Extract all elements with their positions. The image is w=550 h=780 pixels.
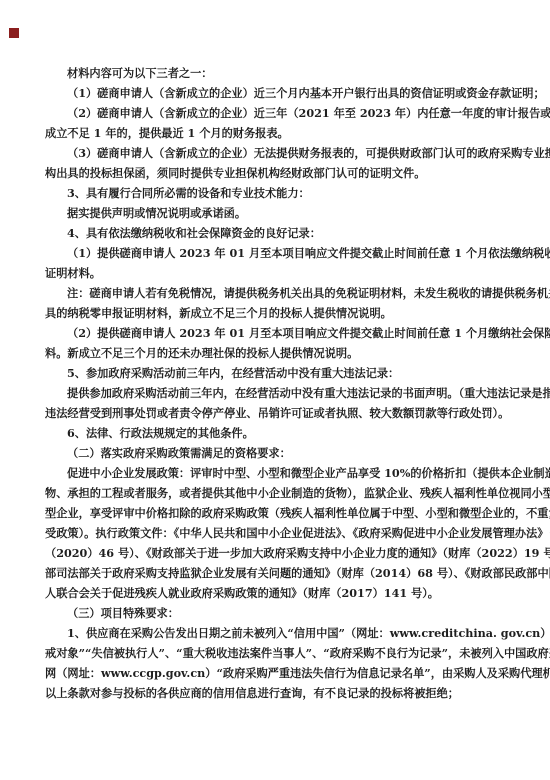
text-line: （二）落实政府采购政策需满足的资格要求： [45, 443, 517, 463]
text-line: 3、具有履行合同所必需的设备和专业技术能力： [45, 183, 517, 203]
text-line: 5、参加政府采购活动前三年内，在经营活动中没有重大违法记录： [45, 363, 517, 383]
document-page: 材料内容可为以下三者之一：（1）磋商申请人（含新成立的企业）近三个月内基本开户银… [0, 0, 550, 780]
text-line: 6、法律、行政法规规定的其他条件。 [45, 423, 517, 443]
text-line: 提供参加政府采购活动前三年内，在经营活动中没有重大违法记录的书面声明。（重大违法… [45, 383, 517, 403]
text-line: 构出具的投标担保函，须同时提供专业担保机构经财政部门认可的证明文件。 [45, 163, 517, 183]
text-line: （3）磋商申请人（含新成立的企业）无法提供财务报表的，可提供财政部门认可的政府采… [45, 143, 517, 163]
text-line: 成立不足 1 年的，提供最近 1 个月的财务报表。 [45, 123, 517, 143]
text-line: （2）提供磋商申请人 2023 年 01 月至本项目响应文件提交截止时间前任意 … [45, 323, 517, 343]
document-body: 材料内容可为以下三者之一：（1）磋商申请人（含新成立的企业）近三个月内基本开户银… [45, 63, 517, 703]
text-line: 据实提供声明或情况说明或承诺函。 [45, 203, 517, 223]
text-line: 促进中小企业发展政策：评审时中型、小型和微型企业产品享受 10%的价格折扣（提供… [45, 463, 517, 483]
text-line: 网（网址：www.ccgp.gov.cn）“政府采购严重违法失信行为信息记录名单… [45, 663, 517, 683]
corner-red-mark [9, 28, 19, 38]
text-line: 注：磋商申请人若有免税情况，请提供税务机关出具的免税证明材料，未发生税收的请提供… [45, 283, 517, 303]
text-line: 人联合会关于促进残疾人就业政府采购政策的通知》（财库（2017）141 号）。 [45, 583, 517, 603]
text-line: 1、供应商在采购公告发出日期之前未被列入“信用中国”（网址：www.credit… [45, 623, 517, 643]
text-line: （2020）46 号）、《财政部关于进一步加大政府采购支持中小企业力度的通知》（… [45, 543, 517, 563]
text-line: （三）项目特殊要求： [45, 603, 517, 623]
text-line: 证明材料。 [45, 263, 517, 283]
text-line: 受政策）。执行政策文件：《中华人民共和国中小企业促进法》、《政府采购促进中小企业… [45, 523, 517, 543]
text-line: 具的纳税零申报证明材料，新成立不足三个月的投标人提供情况说明。 [45, 303, 517, 323]
text-line: 部司法部关于政府采购支持监狱企业发展有关问题的通知》（财库（2014）68 号）… [45, 563, 517, 583]
text-line: 以上条款对参与投标的各供应商的信用信息进行查询，有不良记录的投标将被拒绝； [45, 683, 517, 703]
text-line: 戒对象”“失信被执行人”、“重大税收违法案件当事人”、“政府采购不良行为记录”，… [45, 643, 517, 663]
text-line: （1）提供磋商申请人 2023 年 01 月至本项目响应文件提交截止时间前任意 … [45, 243, 517, 263]
text-line: 违法经营受到刑事处罚或者责令停产停业、吊销许可证或者执照、较大数额罚款等行政处罚… [45, 403, 517, 423]
text-line: 型企业，享受评审中价格扣除的政府采购政策（残疾人福利性单位属于中型、小型和微型企… [45, 503, 517, 523]
text-line: 料。新成立不足三个月的还未办理社保的投标人提供情况说明。 [45, 343, 517, 363]
text-line: 材料内容可为以下三者之一： [45, 63, 517, 83]
text-line: （1）磋商申请人（含新成立的企业）近三个月内基本开户银行出具的资信证明或资金存款… [45, 83, 517, 103]
text-line: （2）磋商申请人（含新成立的企业）近三年（2021 年至 2023 年）内任意一… [45, 103, 517, 123]
text-line: 4、具有依法缴纳税收和社会保障资金的良好记录： [45, 223, 517, 243]
text-line: 物、承担的工程或者服务，或者提供其他中小企业制造的货物），监狱企业、残疾人福利性… [45, 483, 517, 503]
